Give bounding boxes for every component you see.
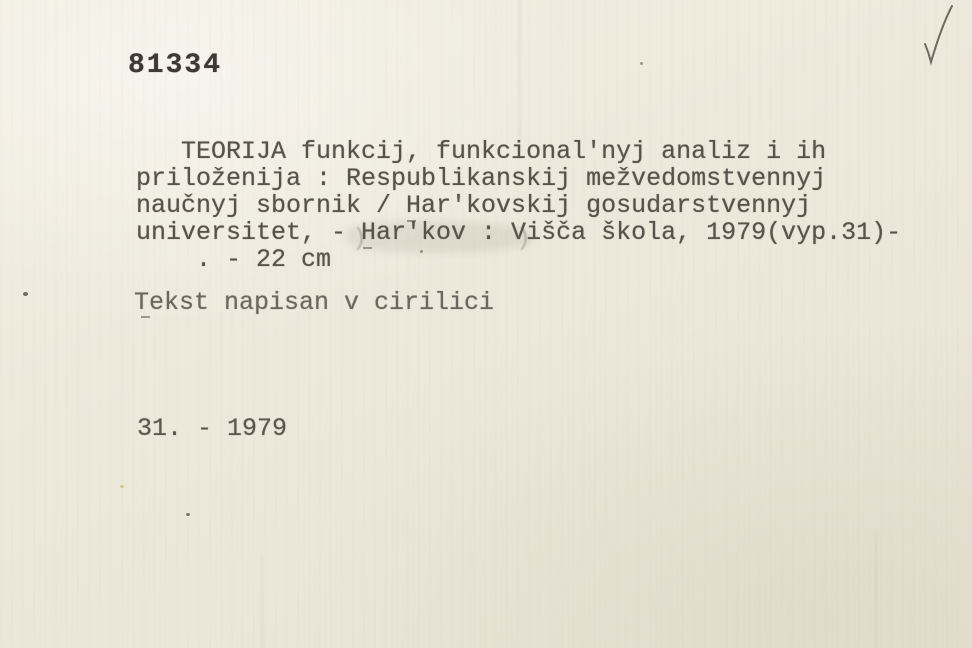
paper-crease <box>261 555 263 648</box>
check-mark-icon <box>920 3 956 69</box>
ink-speck <box>186 513 190 516</box>
paper-crease <box>875 530 877 648</box>
paper-texture <box>0 0 972 648</box>
bibliographic-description: TEORIJA funkcij, funkcional'nyj analiz i… <box>136 138 901 273</box>
ink-speck <box>23 292 28 296</box>
library-catalog-card: 81334 ) ) TEORIJA funkcij, funkcional'ny… <box>0 0 972 648</box>
title-line: priloženija : Respublikanskij mežvedomst… <box>136 165 901 192</box>
collation-line: . - 22 cm <box>136 246 901 273</box>
title-line: naučnyj sbornik / Har'kovskij gosudarstv… <box>136 192 901 219</box>
ink-speck <box>640 62 643 65</box>
title-line: TEORIJA funkcij, funkcional'nyj analiz i… <box>136 138 901 165</box>
language-note: Tekst napisan v cirilici <box>134 289 494 316</box>
imprint-line: universitet, - Har'kov : Višča škola, 19… <box>136 219 901 246</box>
call-number-stamp: 81334 <box>128 50 222 81</box>
paper-stain-speck <box>120 485 124 488</box>
paper-crease <box>519 0 521 150</box>
holdings-statement: 31. - 1979 <box>137 415 287 442</box>
